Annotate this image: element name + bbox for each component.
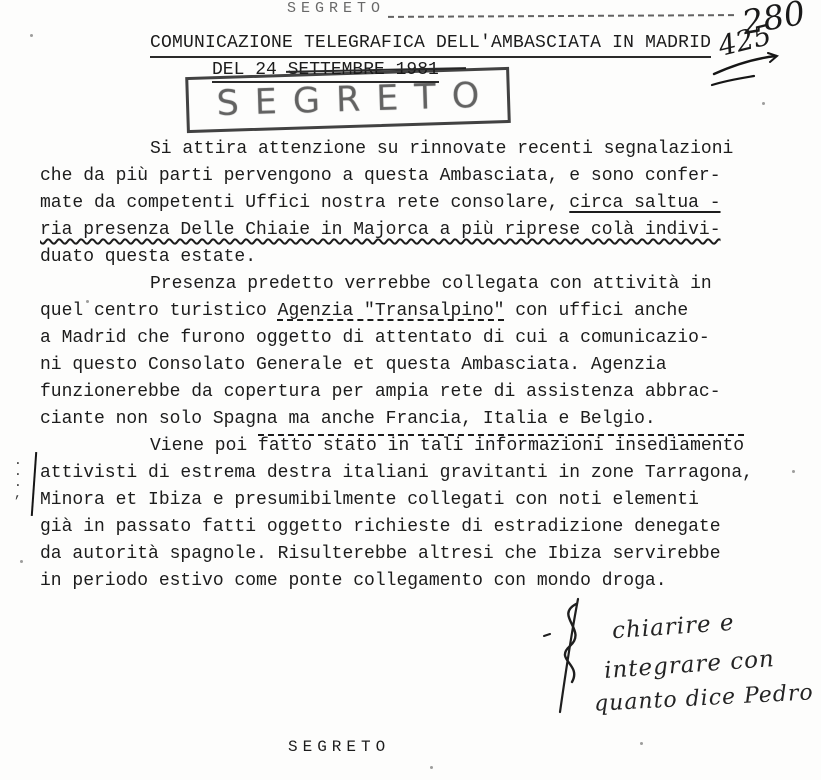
text-segment: con uffici anche	[504, 301, 688, 321]
margin-dots: . . . ,	[14, 455, 22, 499]
secret-stamp: SEGRETO	[185, 67, 511, 133]
text-segment: Viene poi	[150, 436, 258, 456]
text-segment: Presenza predetto verrebbe collegata con…	[150, 274, 712, 294]
text-line: ni questo Consolato Generale et questa A…	[40, 352, 800, 379]
text-segment: a Madrid che furono oggetto di attentato…	[40, 328, 710, 348]
handwritten-paraph-flourish	[536, 596, 602, 718]
scan-speckle	[430, 766, 433, 769]
handwritten-note-line-2: integrare con	[603, 646, 775, 684]
scan-speckle	[30, 34, 33, 37]
text-line: a Madrid che furono oggetto di attentato…	[40, 325, 800, 352]
scan-speckle	[640, 742, 643, 745]
text-segment: in periodo estivo come ponte collegament…	[40, 571, 667, 591]
text-line: Si attira attenzione su rinnovate recent…	[40, 136, 800, 163]
document-title: COMUNICAZIONE TELEGRAFICA DELL'AMBASCIAT…	[150, 33, 711, 58]
scan-speckle	[792, 470, 795, 473]
paragraph-2: Presenza predetto verrebbe collegata con…	[40, 271, 800, 433]
text-line: che da più parti pervengono a questa Amb…	[40, 163, 800, 190]
text-line: ciante non solo Spagna ma anche Francia,…	[40, 406, 800, 433]
text-line: Viene poi fatto stato in tali informazio…	[40, 433, 800, 460]
handwritten-note-line-1: chiarire e	[611, 610, 735, 644]
text-line: da autorità spagnole. Risulterebbe altre…	[40, 541, 800, 568]
underlined-segment: ria presenza Delle Chiaie in Majorca a p…	[40, 220, 721, 240]
text-segment: Minora et Ibiza e presumibilmente colleg…	[40, 490, 699, 510]
text-segment: che da più parti pervengono a questa Amb…	[40, 166, 721, 186]
text-line: Minora et Ibiza e presumibilmente colleg…	[40, 487, 800, 514]
scanned-telegram-page: SEGRETO 280 425 COMUNICAZIONE TELEGRAFIC…	[0, 0, 821, 780]
text-segment: ni questo Consolato Generale et questa A…	[40, 355, 667, 375]
scan-speckle	[86, 300, 89, 303]
text-segment: Si attira attenzione su rinnovate recent…	[150, 139, 733, 159]
overlined-segment: fatto stato in tali informazioni insedia…	[258, 436, 744, 456]
underlined-segment: Agenzia "Transalpino"	[278, 301, 505, 321]
text-line: ria presenza Delle Chiaie in Majorca a p…	[40, 217, 800, 244]
text-line: in periodo estivo come ponte collegament…	[40, 568, 800, 595]
text-segment: mate da competenti Uffici nostra rete co…	[40, 193, 569, 213]
text-line: duato questa estate.	[40, 244, 800, 271]
scan-speckle	[762, 102, 765, 105]
underlined-segment: circa saltua -	[569, 193, 720, 213]
text-segment: duato questa estate.	[40, 247, 256, 267]
text-segment: da autorità spagnole. Risulterebbe altre…	[40, 544, 721, 564]
text-line: già in passato fatti oggetto richieste d…	[40, 514, 800, 541]
margin-emphasis-line	[31, 452, 37, 516]
secret-stamp-text: SEGRETO	[200, 75, 496, 124]
text-segment: funzionerebbe da copertura per ampia ret…	[40, 382, 721, 402]
text-segment: quel centro turistico	[40, 301, 278, 321]
text-segment: ciante non solo Spagna ma anche Francia,…	[40, 409, 656, 429]
classification-bottom: SEGRETO	[288, 738, 390, 756]
handwritten-underline-flourish	[710, 52, 788, 88]
pencil-dash-line	[388, 14, 734, 18]
handwritten-note-line-3: quanto dice Pedro	[593, 680, 814, 716]
text-line: mate da competenti Uffici nostra rete co…	[40, 190, 800, 217]
text-segment: attivisti di estrema destra italiani gra…	[40, 463, 753, 483]
text-line: attivisti di estrema destra italiani gra…	[40, 460, 800, 487]
text-line: funzionerebbe da copertura per ampia ret…	[40, 379, 800, 406]
scan-speckle	[20, 560, 23, 563]
paragraph-3: Viene poi fatto stato in tali informazio…	[40, 433, 800, 595]
text-line: Presenza predetto verrebbe collegata con…	[40, 271, 800, 298]
text-segment: già in passato fatti oggetto richieste d…	[40, 517, 721, 537]
text-line: quel centro turistico Agenzia "Transalpi…	[40, 298, 800, 325]
paragraph-1: Si attira attenzione su rinnovate recent…	[40, 136, 800, 271]
classification-top: SEGRETO	[287, 0, 385, 17]
document-body: Si attira attenzione su rinnovate recent…	[40, 136, 800, 595]
